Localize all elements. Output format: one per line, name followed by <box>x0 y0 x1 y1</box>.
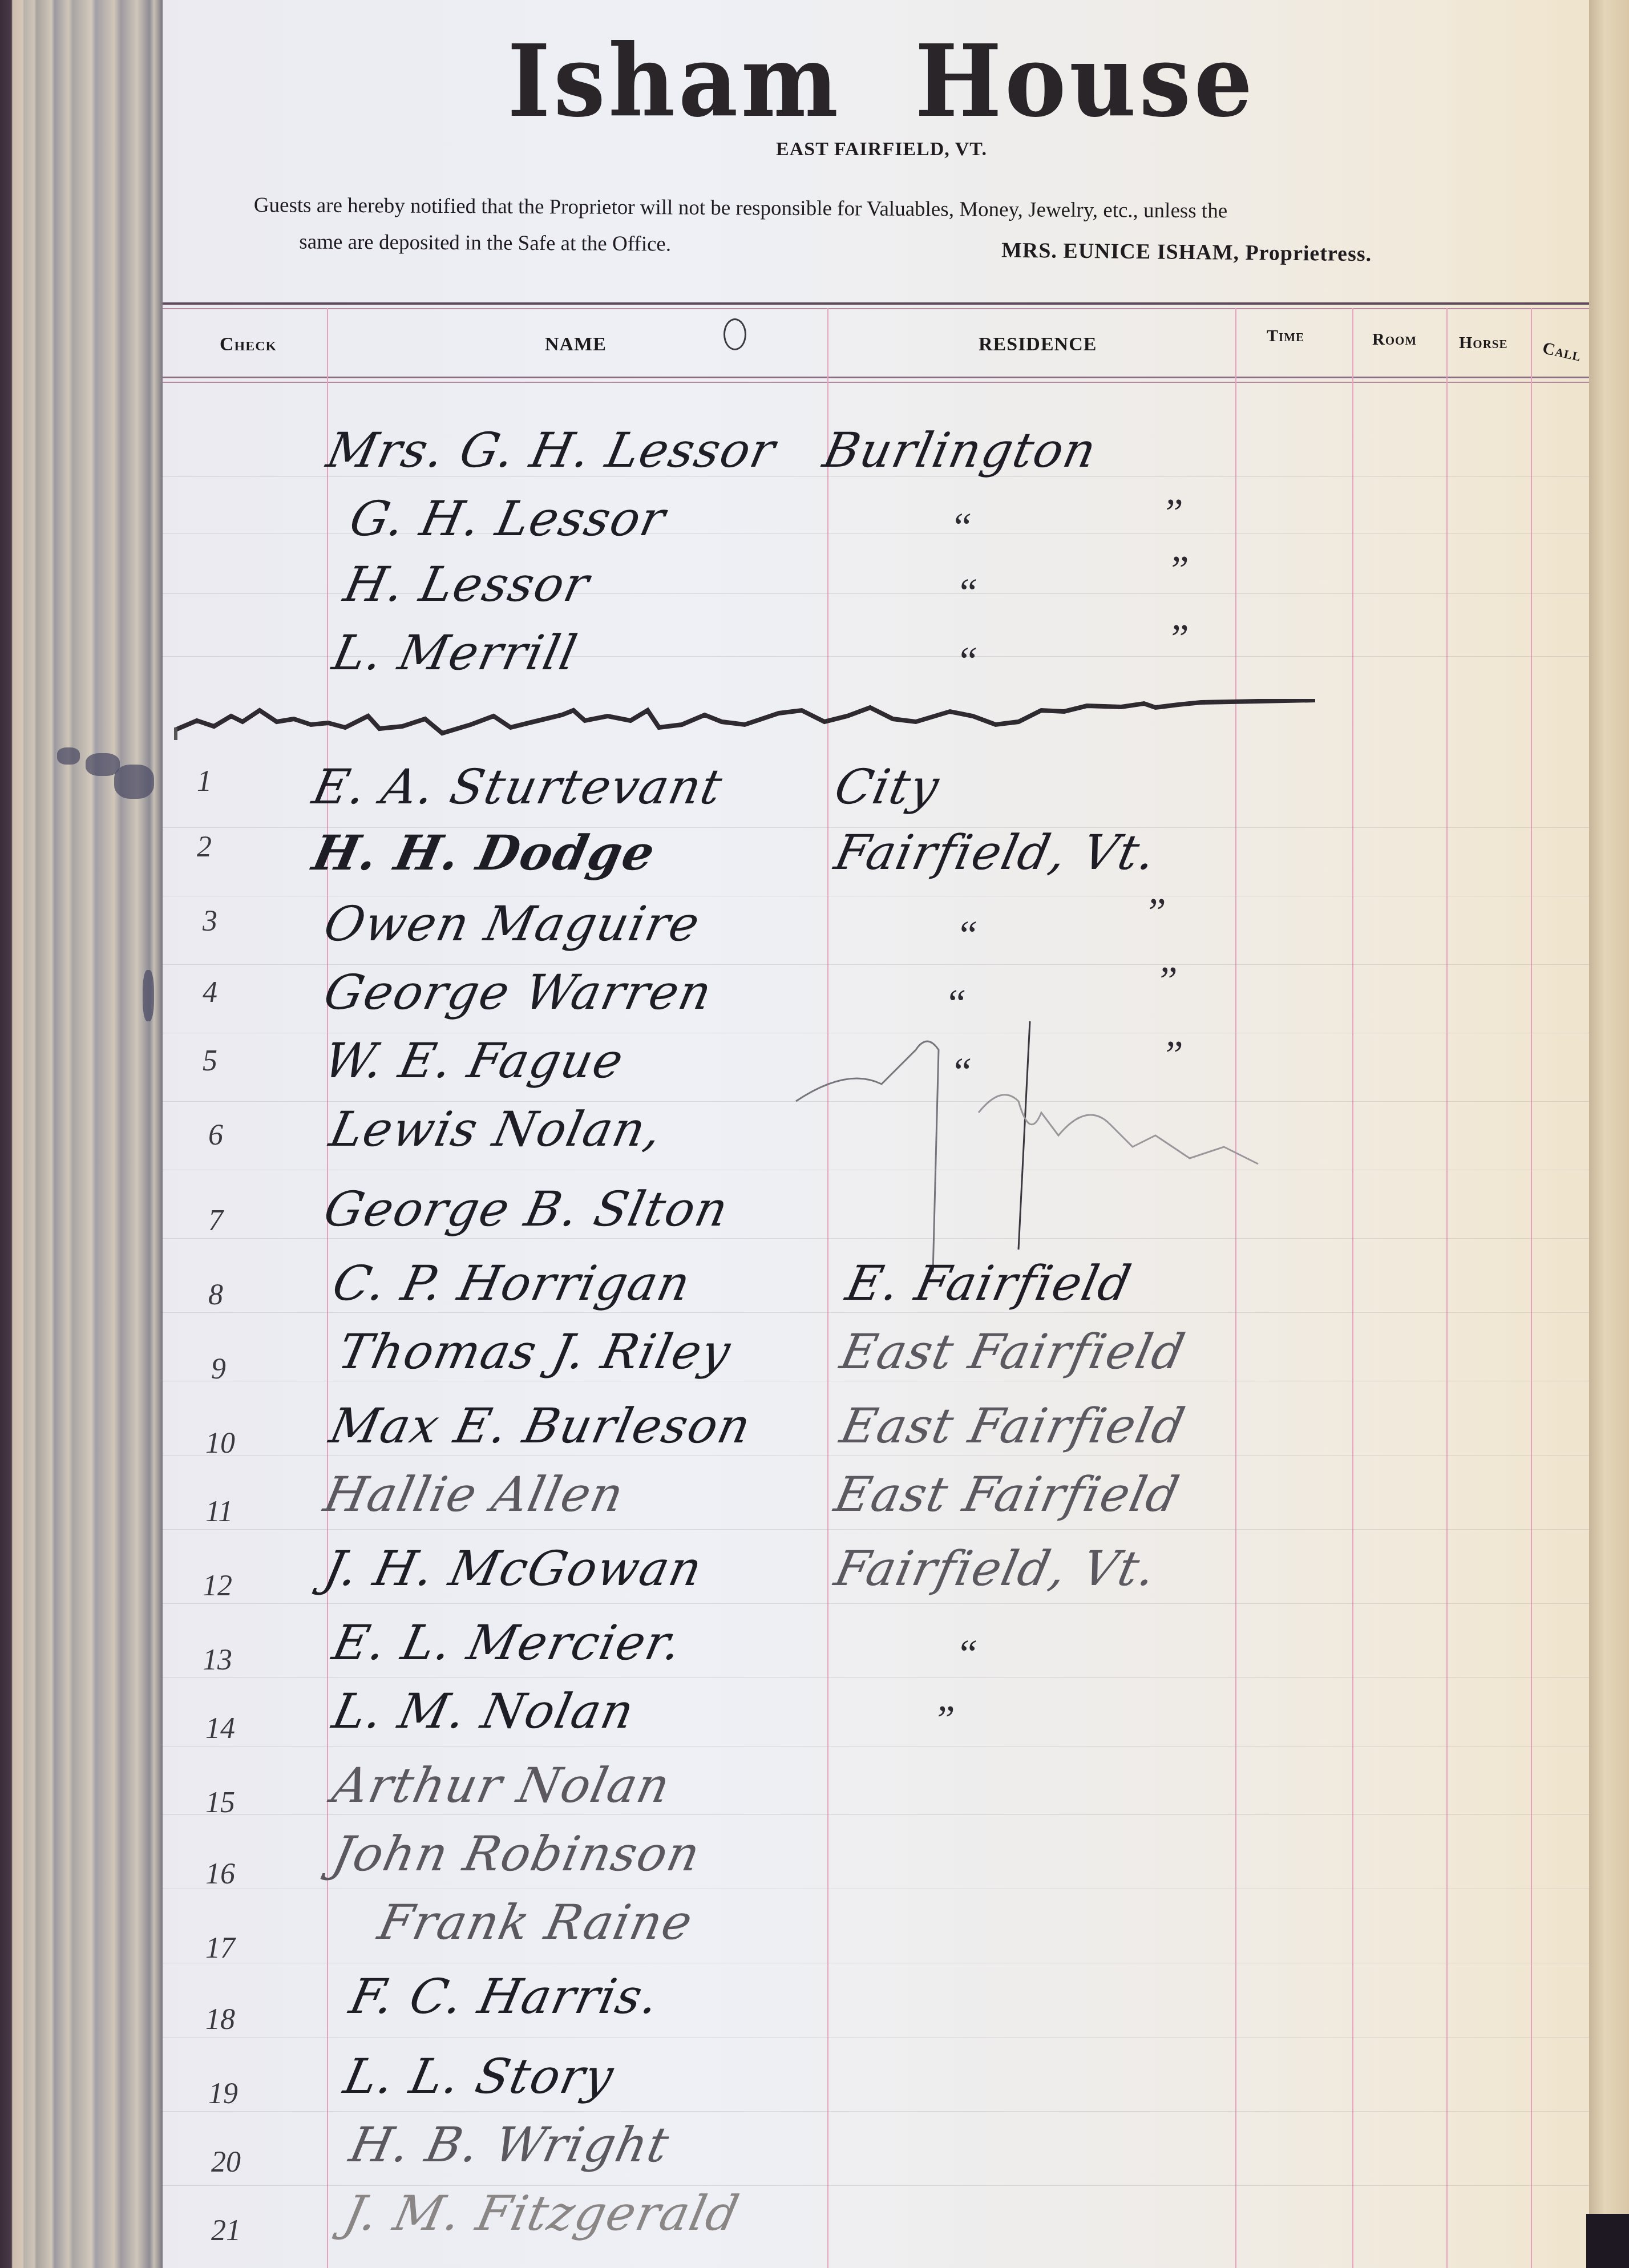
check-number: 10 <box>205 1426 235 1460</box>
guest-name: C. P. Horrigan <box>328 1255 696 1311</box>
guest-name: E. L. Mercier. <box>328 1615 688 1671</box>
check-number: 21 <box>211 2214 241 2247</box>
hotel-name: IshamHouse <box>220 23 1543 140</box>
proprietress-name: MRS. EUNICE ISHAM, Proprietress. <box>1001 238 1372 267</box>
guest-name: L. Merrill <box>328 625 583 681</box>
wavy-separator-line <box>174 699 1429 745</box>
hotel-name-word-2: House <box>915 23 1255 140</box>
ditto-mark: “ <box>950 505 972 551</box>
check-number: 6 <box>208 1118 223 1152</box>
check-number: 11 <box>205 1495 233 1529</box>
column-header-horse: Horse <box>1459 333 1508 353</box>
guest-name: Owen Maguire <box>320 896 706 952</box>
guest-residence: City <box>830 759 945 815</box>
liability-notice: Guests are hereby notified that the Prop… <box>253 187 1583 268</box>
ditto-mark: “ <box>956 639 978 685</box>
book-right-edge <box>1589 0 1629 2268</box>
ditto-mark: ” <box>1167 616 1189 662</box>
column-header-name: NAME <box>545 334 607 355</box>
column-header-call: Call <box>1541 338 1583 366</box>
check-number: 16 <box>205 1857 235 1891</box>
guest-residence: East Fairfield <box>830 1466 1185 1522</box>
guest-residence: East Fairfield <box>836 1398 1191 1454</box>
check-number: 13 <box>203 1643 232 1677</box>
guest-name: John Robinson <box>328 1826 706 1882</box>
book-page-stack <box>0 0 163 2268</box>
check-number: 18 <box>205 2003 235 2036</box>
register-page: IshamHouse EAST FAIRFIELD, VT. Guests ar… <box>163 0 1600 2268</box>
check-number: 20 <box>211 2145 241 2179</box>
header-bottom-rule <box>163 377 1600 383</box>
guest-name: George Warren <box>320 964 718 1020</box>
check-number: 1 <box>197 765 212 798</box>
column-divider <box>1446 308 1448 2268</box>
column-divider <box>1531 308 1532 2268</box>
guest-residence: Fairfield, Vt. <box>830 824 1162 880</box>
guest-name: Hallie Allen <box>320 1466 629 1522</box>
guest-name: L. L. Story <box>339 2048 620 2104</box>
guest-residence: E. Fairfield <box>842 1255 1137 1311</box>
column-header-time: Time <box>1267 326 1304 346</box>
column-divider <box>1235 308 1236 2268</box>
column-divider <box>327 308 328 2268</box>
pencil-circle-mark <box>723 318 746 350</box>
guest-name: F. C. Harris. <box>345 1968 665 2024</box>
guest-name: J. M. Fitzgerald <box>339 2185 745 2241</box>
column-divider <box>1352 308 1353 2268</box>
guest-name: George B. Slton <box>320 1181 734 1237</box>
guest-name: Mrs. G. H. Lessor <box>322 422 781 478</box>
column-header-residence: RESIDENCE <box>979 334 1097 355</box>
column-header-check: Check <box>220 334 277 355</box>
check-number: 2 <box>197 830 212 864</box>
guest-name: E. A. Sturtevant <box>308 759 728 815</box>
check-number: 14 <box>205 1712 235 1745</box>
guest-name: L. M. Nolan <box>328 1683 640 1739</box>
book-cover-shadow <box>1586 2214 1629 2268</box>
check-number: 8 <box>208 1278 223 1312</box>
column-divider <box>827 308 828 2268</box>
guest-name: Lewis Nolan, <box>325 1101 668 1157</box>
check-number: 15 <box>205 1786 235 1820</box>
hotel-location: EAST FAIRFIELD, VT. <box>163 139 1600 160</box>
check-number: 5 <box>203 1044 217 1078</box>
ditto-mark: “ <box>956 571 978 616</box>
header-top-rule <box>163 302 1600 309</box>
check-number: 9 <box>211 1352 226 1386</box>
guest-name: Max E. Burleson <box>325 1398 757 1454</box>
ditto-mark: ” <box>1144 890 1166 936</box>
hotel-name-word-1: Isham <box>507 23 841 140</box>
column-header-room: Room <box>1372 330 1417 349</box>
guest-name: H. B. Wright <box>345 2117 675 2173</box>
guest-residence: East Fairfield <box>836 1324 1191 1380</box>
ditto-mark: ” <box>1161 491 1183 536</box>
guest-residence: Fairfield, Vt. <box>830 1541 1162 1596</box>
guest-name: W. E. Fague <box>320 1033 629 1089</box>
guest-name: H. Lessor <box>339 556 595 612</box>
guest-name: Frank Raine <box>374 1894 698 1950</box>
guest-name: J. H. McGowan <box>320 1541 708 1596</box>
ditto-mark: ” <box>1155 959 1178 1004</box>
pencil-scribble <box>790 998 1589 1284</box>
guest-residence: Burlington <box>819 422 1102 478</box>
guest-name: H. H. Dodge <box>308 824 661 881</box>
check-number: 19 <box>208 2077 238 2111</box>
check-number: 12 <box>203 1569 232 1603</box>
ditto-mark: “ <box>956 1632 978 1677</box>
ditto-mark: ” <box>1167 548 1189 593</box>
guest-name: Arthur Nolan <box>328 1757 676 1813</box>
guest-name: Thomas J. Riley <box>334 1324 737 1380</box>
ditto-mark: ” <box>933 1697 955 1743</box>
check-number: 17 <box>205 1931 235 1965</box>
check-number: 7 <box>208 1204 223 1238</box>
guest-name: G. H. Lessor <box>345 491 671 547</box>
ditto-mark: “ <box>956 913 978 959</box>
notice-line-2: same are deposited in the Safe at the Of… <box>253 224 1583 268</box>
check-number: 4 <box>203 976 217 1009</box>
check-number: 3 <box>203 904 217 938</box>
